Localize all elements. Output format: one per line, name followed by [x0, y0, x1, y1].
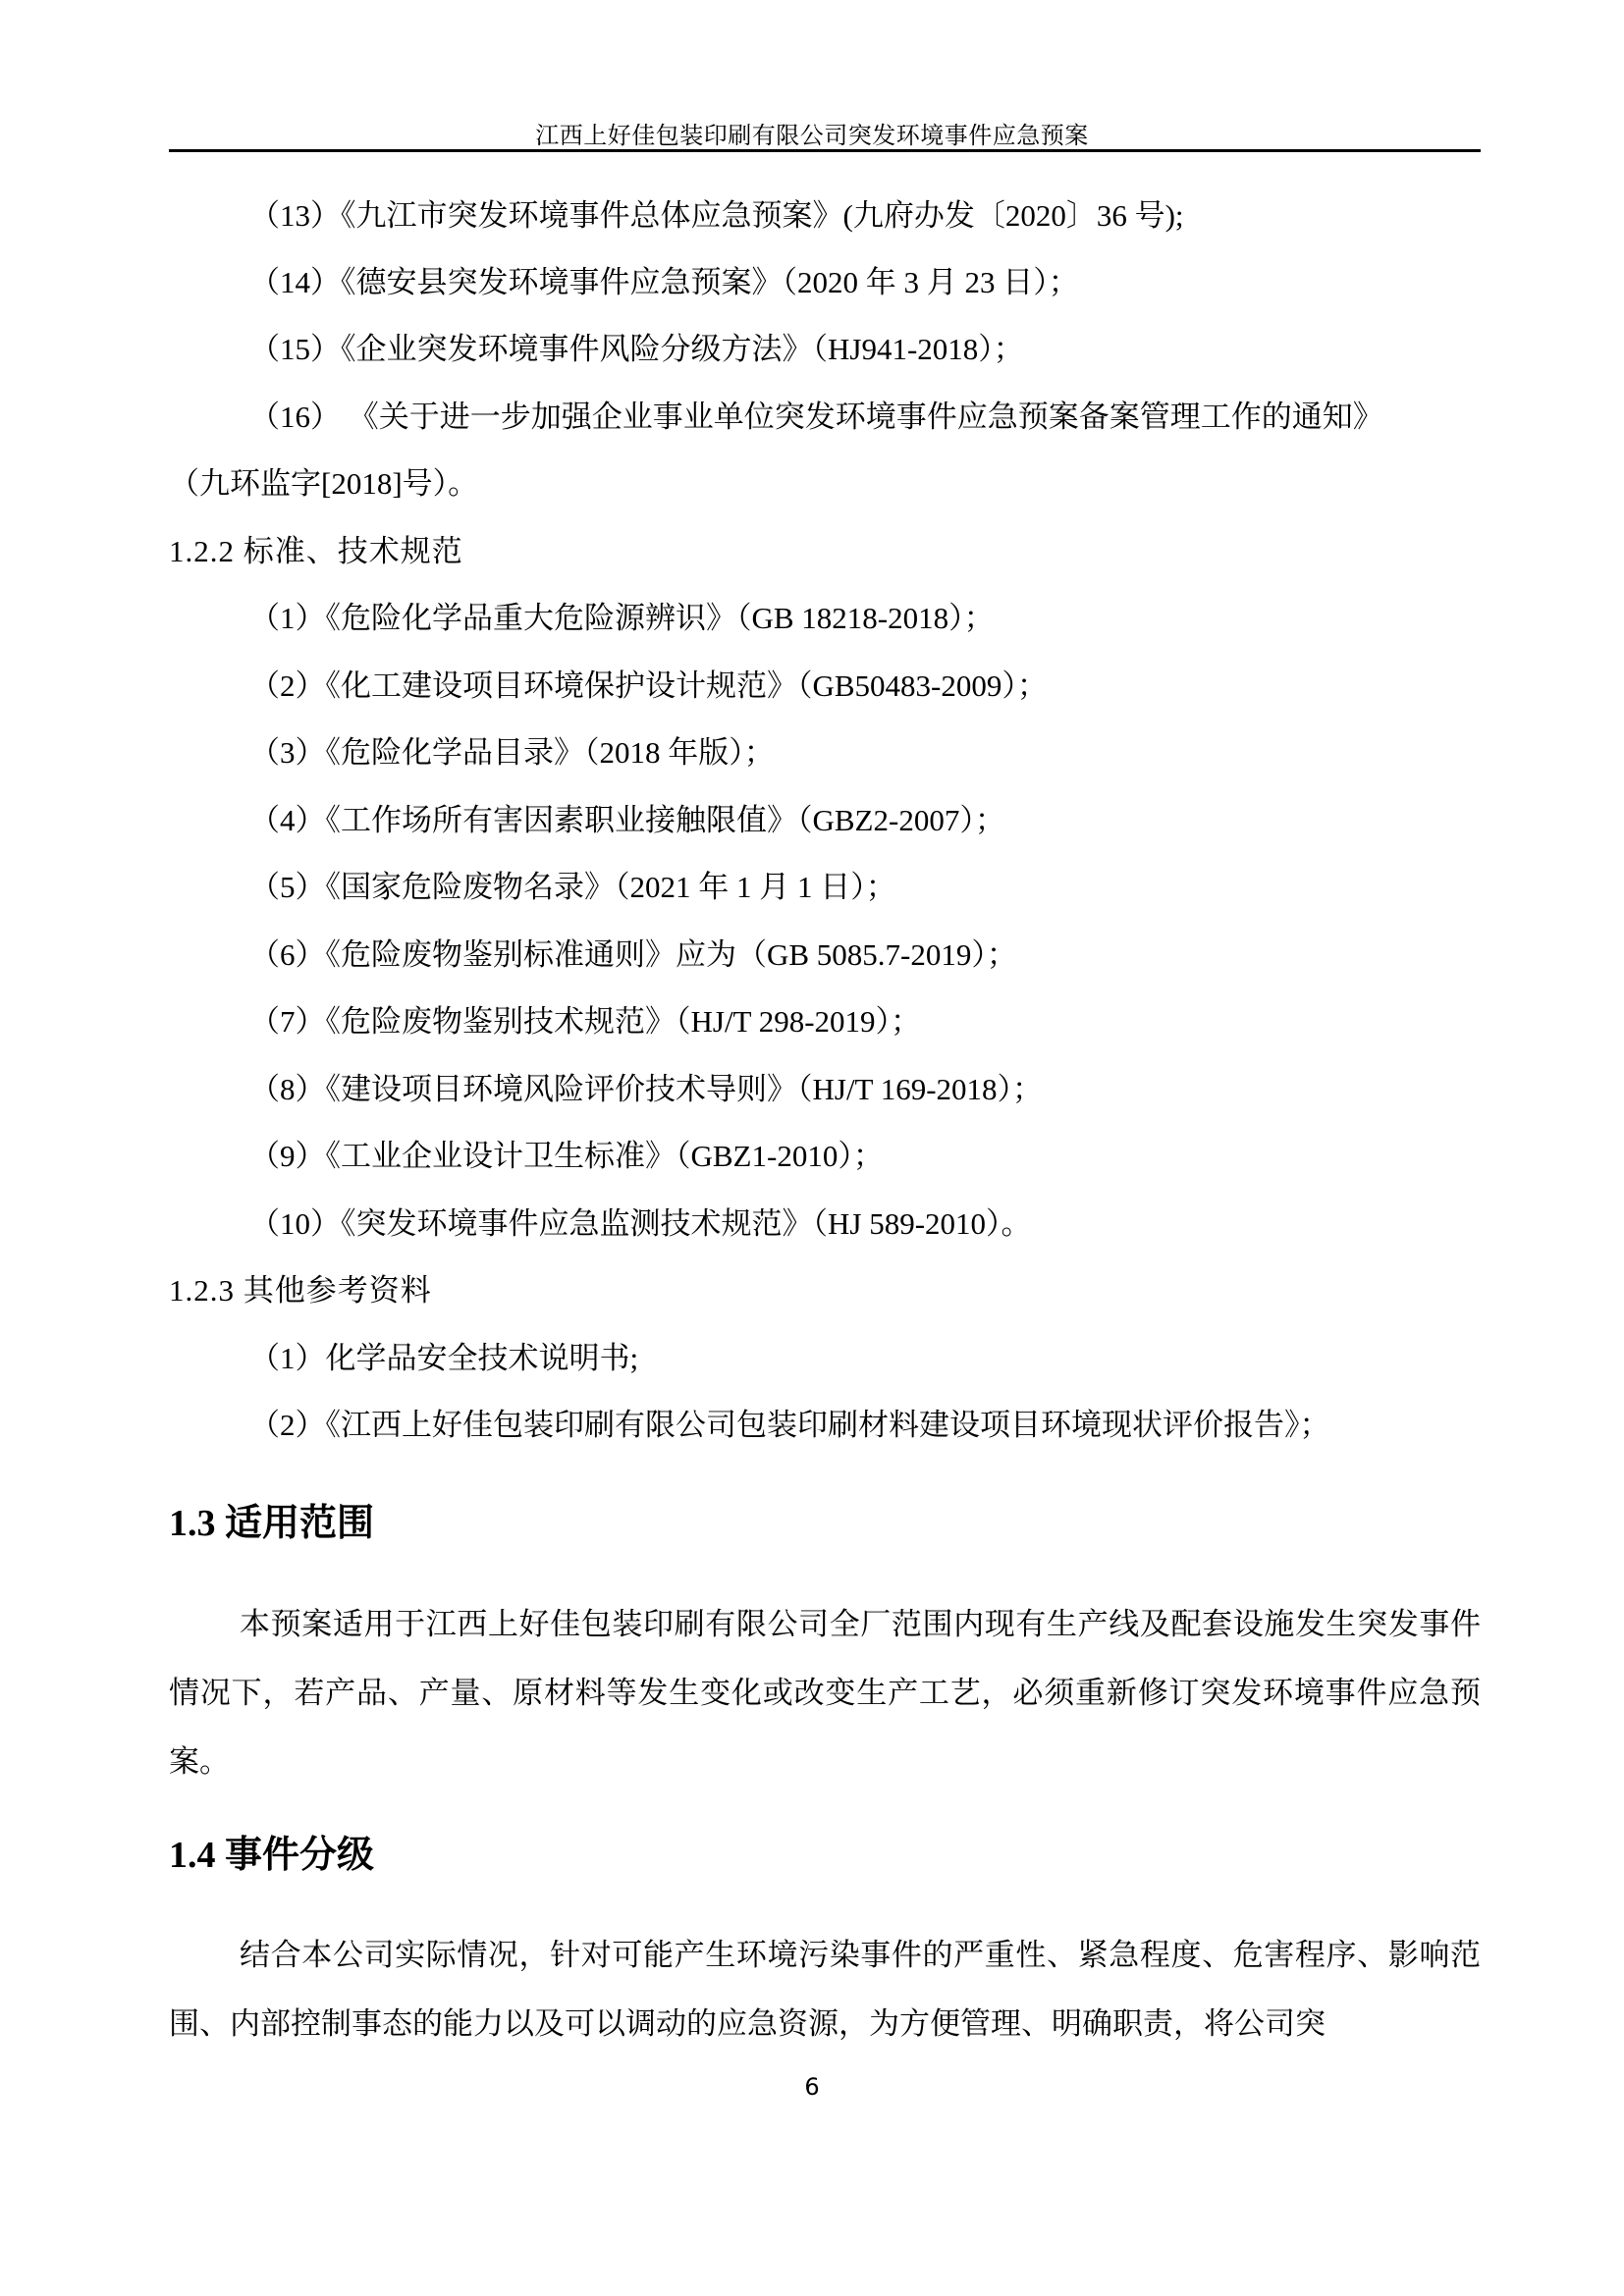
- body-paragraph: 本预案适用于江西上好佳包装印刷有限公司全厂范围内现有生产线及配套设施发生突发事件…: [169, 1590, 1481, 1796]
- list-item: （4）《工作场所有害因素职业接触限值》（GBZ2-2007）；: [249, 801, 1005, 840]
- subsection-title: 1.2.3 其他参考资料: [169, 1271, 432, 1310]
- list-item-continuation: （九环监字[2018]号）。: [169, 464, 478, 504]
- list-item: （1）化学品安全技术说明书;: [249, 1339, 638, 1378]
- header-divider: [169, 149, 1481, 152]
- list-item: （2）《化工建设项目环境保护设计规范》（GB50483-2009）；: [249, 667, 1048, 706]
- section-heading: 1.4 事件分级: [169, 1831, 374, 1880]
- list-item: （7）《危险废物鉴别技术规范》（HJ/T 298-2019）；: [249, 1002, 921, 1041]
- body-paragraph: 结合本公司实际情况，针对可能产生环境污染事件的严重性、紧急程度、危害程序、影响范…: [169, 1921, 1481, 2058]
- list-item: （2）《江西上好佳包装印刷有限公司包装印刷材料建设项目环境现状评价报告》；: [249, 1406, 1330, 1445]
- list-item: （15）《企业突发环境事件风险分级方法》（HJ941-2018）；: [249, 330, 1024, 369]
- header-title: 江西上好佳包装印刷有限公司突发环境事件应急预案: [0, 116, 1624, 150]
- subsection-title: 1.2.2 标准、技术规范: [169, 532, 463, 571]
- list-item: （3）《危险化学品目录》（2018 年版）；: [249, 733, 775, 773]
- list-item: （16） 《关于进一步加强企业事业单位突发环境事件应急预案备案管理工作的通知》: [249, 398, 1383, 437]
- list-item: （8）《建设项目环境风险评价技术导则》（HJ/T 169-2018）；: [249, 1070, 1043, 1109]
- section-heading: 1.3 适用范围: [169, 1499, 374, 1548]
- page-number: 6: [0, 2073, 1624, 2101]
- list-item: （1）《危险化学品重大危险源辨识》（GB 18218-2018）；: [249, 599, 995, 638]
- list-item: （10）《突发环境事件应急监测技术规范》（HJ 589-2010）。: [249, 1204, 1032, 1244]
- list-item: （5）《国家危险废物名录》（2021 年 1 月 1 日）；: [249, 868, 896, 907]
- list-item: （9）《工业企业设计卫生标准》（GBZ1-2010）；: [249, 1137, 884, 1176]
- list-item: （13）《九江市突发环境事件总体应急预案》(九府办发〔2020〕36 号);: [249, 196, 1184, 236]
- list-item: （14）《德安县突发环境事件应急预案》（2020 年 3 月 23 日）；: [249, 263, 1079, 302]
- list-item: （6）《危险废物鉴别标准通则》应为（GB 5085.7-2019）；: [249, 935, 1017, 975]
